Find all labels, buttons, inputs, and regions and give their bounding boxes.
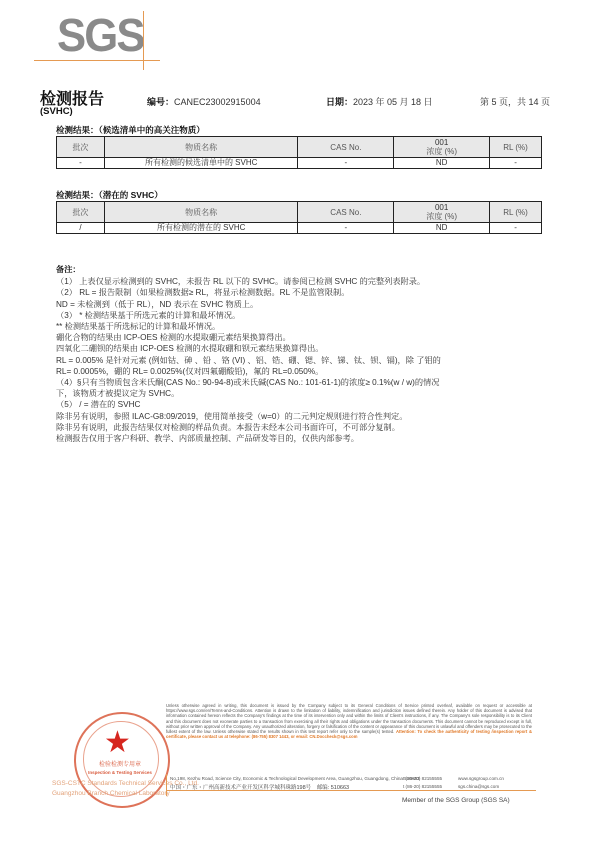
note-line: RL= 0.0005%，硼的 RL= 0.0025%(仅对四氟硼酸铅)，氟的 R… <box>56 366 546 377</box>
cell-cas: - <box>298 223 394 234</box>
note-line: 除非另有说明，此报告结果仅对检测的样品负责。本报告未经本公司书面许可，不可部分复… <box>56 422 546 433</box>
sgs-logo: SGS <box>57 12 144 58</box>
note-line: 四氧化二硼钡的结果由 ICP-OES 检测的水提取硼和钡元素结果换算得出。 <box>56 343 546 354</box>
results-table-potential-svhc: 批次 物质名称 CAS No. 001浓度 (%) RL (%) / 所有检测的… <box>56 201 542 234</box>
cell-substance: 所有检测的候选清单中的 SVHC <box>104 158 298 169</box>
table-header-row: 批次 物质名称 CAS No. 001浓度 (%) RL (%) <box>57 202 542 223</box>
member-text: Member of the SGS Group (SGS SA) <box>402 797 510 804</box>
cell-batch: / <box>57 223 105 234</box>
results-table-candidate-svhc: 批次 物质名称 CAS No. 001浓度 (%) RL (%) - 所有检测的… <box>56 136 542 169</box>
notes-title: 备注： <box>56 264 546 275</box>
report-subtitle: (SVHC) <box>40 106 73 117</box>
col-conc-label: 浓度 (%) <box>426 147 457 156</box>
report-date-label: 日期： <box>326 97 353 107</box>
phone-2: t (86-20) 82155555 <box>403 784 442 789</box>
report-number-value: CANEC23002915004 <box>174 97 261 107</box>
col-sample-id: 001 <box>435 203 448 212</box>
cell-concentration: ND <box>394 158 490 169</box>
report-date-value: 2023 年 05 月 18 日 <box>353 97 433 107</box>
email-link[interactable]: sgs.china@sgs.com <box>458 784 499 789</box>
note-line: 除非另有说明，参照 ILAC-G8:09/2019，使用简单接受（w=0）的二元… <box>56 411 546 422</box>
col-conc-label: 浓度 (%) <box>426 212 457 221</box>
logo-vertical-rule <box>143 11 144 70</box>
note-line: （3） * 检测结果基于所选元素的计算和最坏情况。 <box>56 310 546 321</box>
seal-center-text: 检验检测专用章 <box>86 762 154 769</box>
note-line: （4）§只有当物质包含米氏酮(CAS No.: 90-94-8)或米氏碱(CAS… <box>56 377 546 388</box>
note-line: 下，该物质才被提议定为 SVHC。 <box>56 388 546 399</box>
table-row: - 所有检测的候选清单中的 SVHC - ND - <box>57 158 542 169</box>
col-substance: 物质名称 <box>104 202 298 223</box>
col-batch: 批次 <box>57 202 105 223</box>
page-info: 第 5 页，共 14 页 <box>480 95 550 108</box>
col-cas: CAS No. <box>298 202 394 223</box>
col-sample-id: 001 <box>435 138 448 147</box>
section-title-candidate-svhc: 检测结果：（候选清单中的高关注物质） <box>56 124 205 136</box>
footer-horizontal-rule <box>166 790 536 791</box>
seal-english-text: Inspection & Testing Services <box>86 769 154 776</box>
note-line: ND = 未检测到（低于 RL），ND 表示在 SVHC 物质上。 <box>56 299 546 310</box>
table-header-row: 批次 物质名称 CAS No. 001浓度 (%) RL (%) <box>57 137 542 158</box>
cell-concentration: ND <box>394 223 490 234</box>
col-substance: 物质名称 <box>104 137 298 158</box>
report-date: 日期：2023 年 05 月 18 日 <box>326 95 433 108</box>
col-rl: RL (%) <box>490 137 542 158</box>
report-number: 编号：CANEC23002915004 <box>147 95 261 108</box>
note-line: RL = 0.005% 是针对元素 (例如钴、砷 、铅 、铬 (VI) 、铝、锆… <box>56 355 546 366</box>
notes-section: 备注： （1） 上表仅显示检测到的 SVHC，未报告 RL 以下的 SVHC。请… <box>56 264 546 444</box>
star-icon: ★ <box>104 728 131 758</box>
seal-text: 检验检测专用章 Inspection & Testing Services <box>86 762 154 776</box>
cell-substance: 所有检测的潜在的 SVHC <box>104 223 298 234</box>
logo-horizontal-rule <box>34 60 160 61</box>
company-branch-en: Guangzhou Branch Chemical Laboratory <box>52 790 170 797</box>
table-row: / 所有检测的潜在的 SVHC - ND - <box>57 223 542 234</box>
legal-disclaimer: Unless otherwise agreed in writing, this… <box>166 703 532 739</box>
phone-1: t (86-20) 82155555 <box>403 776 442 781</box>
cell-batch: - <box>57 158 105 169</box>
col-rl: RL (%) <box>490 202 542 223</box>
website-link[interactable]: www.sgsgroup.com.cn <box>458 776 504 781</box>
col-cas: CAS No. <box>298 137 394 158</box>
note-line: ** 检测结果基于所选标记的计算和最坏情况。 <box>56 321 546 332</box>
col-batch: 批次 <box>57 137 105 158</box>
footer-vertical-rule <box>166 774 167 796</box>
cell-cas: - <box>298 158 394 169</box>
report-number-label: 编号： <box>147 97 174 107</box>
note-line: 硼化合物的结果由 ICP-OES 检测的水提取硼元素结果换算得出。 <box>56 332 546 343</box>
col-concentration: 001浓度 (%) <box>394 137 490 158</box>
note-line: （2） RL = 报告限制（如果检测数据≥ RL，将显示检测数据。RL 不是监管… <box>56 287 546 298</box>
cell-rl: - <box>490 223 542 234</box>
note-line: （5） / = 潜在的 SVHC <box>56 399 546 410</box>
section-title-potential-svhc: 检测结果：（潜在的 SVHC） <box>56 189 163 201</box>
note-line: 检测报告仅用于客户科研、教学、内部质量控制、产品研发等目的，仅供内部参考。 <box>56 433 546 444</box>
col-concentration: 001浓度 (%) <box>394 202 490 223</box>
cell-rl: - <box>490 158 542 169</box>
note-line: （1） 上表仅显示检测到的 SVHC，未报告 RL 以下的 SVHC。请参阅已检… <box>56 276 546 287</box>
address-en: No.198, Kezhu Road, Science City, Econom… <box>170 776 420 781</box>
